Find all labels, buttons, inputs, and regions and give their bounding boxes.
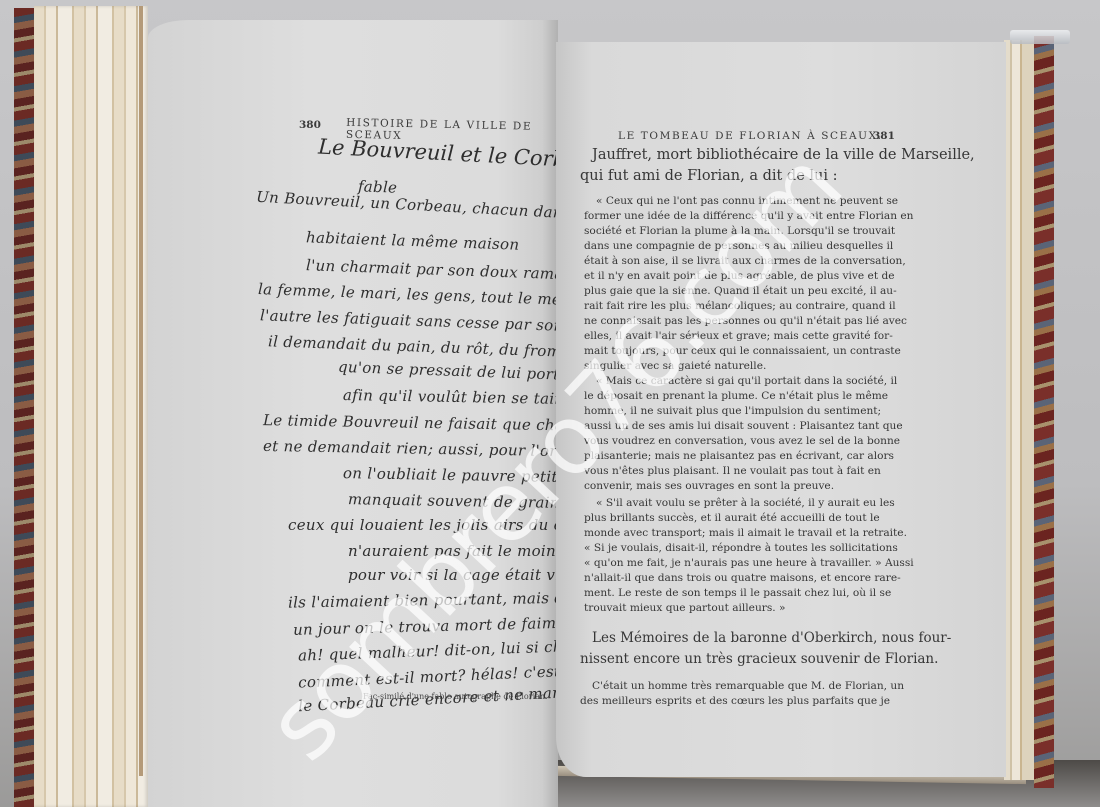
marbled-cover-left bbox=[14, 8, 34, 807]
quote-line: homme, il ne suivait plus que l'impulsio… bbox=[584, 405, 881, 417]
memoires-line: Les Mémoires de la baronne d'Oberkirch, … bbox=[592, 630, 951, 646]
facsimile-line: afin qu'il voulût bien se taire bbox=[343, 386, 571, 408]
quote-line: le déposait en prenant la plume. Ce n'ét… bbox=[584, 390, 888, 402]
quote-line: « Mais ce caractère si gai qu'il portait… bbox=[596, 375, 897, 387]
facsimile-line: l'autre les fatiguait sans cesse par son… bbox=[260, 306, 590, 336]
quote-line: rait fait rire les plus mélancoliques; a… bbox=[584, 300, 896, 312]
quote-line: plus brillants succès, et il aurait été … bbox=[584, 512, 880, 524]
page-edge-line bbox=[139, 6, 143, 776]
page-edges-left bbox=[34, 6, 148, 807]
facsimile-line: la femme, le mari, les gens, tout le mén… bbox=[258, 280, 600, 310]
quote-line: n'allait-il que dans trois ou quatre mai… bbox=[584, 572, 901, 584]
page-edges-right bbox=[1004, 40, 1034, 780]
right-page: LE TOMBEAU DE FLORIAN À SCEAUX. 381 Jauf… bbox=[556, 42, 1006, 777]
marbled-cover-right bbox=[1034, 36, 1054, 788]
quote-line: « Si je voulais, disait-il, répondre à t… bbox=[584, 542, 898, 554]
facsimile-line: il demandait du pain, du rôt, du fromage… bbox=[268, 332, 595, 361]
quote-line: mait toujours, pour ceux qui le connaiss… bbox=[584, 345, 901, 357]
intro-line: Jauffret, mort bibliothécaire de la vill… bbox=[592, 147, 975, 163]
running-head: LE TOMBEAU DE FLORIAN À SCEAUX. bbox=[618, 130, 883, 142]
quote-line: et il n'y en avait point de plus agréabl… bbox=[584, 270, 895, 282]
page-number: 380 bbox=[299, 119, 321, 131]
quote-line: vous n'êtes plus plaisant. Il ne voulait… bbox=[584, 465, 881, 477]
quote-line: former une idée de la différence qu'il y… bbox=[584, 210, 914, 222]
quote-line: ne connaissait pas les personnes ou qu'i… bbox=[584, 315, 907, 327]
facsimile-line: pour voir si la cage était vide bbox=[348, 566, 579, 584]
quote-line: monde avec transport; mais il aimait le … bbox=[584, 527, 907, 539]
closing-line: C'était un homme très remarquable que M.… bbox=[592, 680, 904, 692]
quote-line: convenir, mais ses ouvrages en sont la p… bbox=[584, 480, 834, 492]
quote-line: « qu'on me fait, je n'aurais pas une heu… bbox=[584, 557, 914, 569]
quote-line: singulier avec sa gaieté naturelle. bbox=[584, 360, 766, 372]
quote-line: plaisanterie; mais ne plaisantez pas en … bbox=[584, 450, 894, 462]
memoires-line: nissent encore un très gracieux souvenir… bbox=[580, 651, 938, 667]
facsimile-line: on l'oubliait le pauvre petit bbox=[343, 464, 558, 486]
facsimile-line: qu'on se pressait de lui porter, bbox=[338, 358, 580, 384]
quote-line: « S'il avait voulu se prêter à la sociét… bbox=[596, 497, 895, 509]
left-page: 380 HISTOIRE DE LA VILLE DE SCEAUX Le Bo… bbox=[148, 20, 558, 807]
quote-line: vous voudrez en conversation, vous avez … bbox=[584, 435, 900, 447]
facsimile-line: l'un charmait par son doux ramage bbox=[306, 256, 583, 284]
facsimile-caption: Fac-similé d'une fable autographe de Flo… bbox=[363, 692, 548, 701]
quote-line: elles, il avait l'air sérieux et grave; … bbox=[584, 330, 893, 342]
quote-line: « Ceux qui ne l'ont pas connu intimement… bbox=[596, 195, 898, 207]
closing-line: des meilleurs esprits et des cœurs les p… bbox=[580, 695, 890, 707]
quote-line: était à son aise, il se livrait aux char… bbox=[584, 255, 906, 267]
quote-line: aussi un de ses amis lui disait souvent … bbox=[584, 420, 903, 432]
quote-line: société et Florian la plume à la main. L… bbox=[584, 225, 895, 237]
facsimile-line: manquait souvent de grain bbox=[348, 490, 560, 512]
facsimile-line: Le timide Bouvreuil ne faisait que chant… bbox=[263, 411, 597, 435]
intro-line: qui fut ami de Florian, a dit de lui : bbox=[580, 168, 838, 184]
quote-line: ment. Le reste de son temps il le passai… bbox=[584, 587, 891, 599]
page-number: 381 bbox=[873, 130, 895, 142]
quote-line: trouvait mieux que partout ailleurs. » bbox=[584, 602, 785, 614]
plastic-cover-shine bbox=[1010, 30, 1070, 44]
facsimile-line: habitaient la même maison bbox=[306, 228, 520, 253]
quote-line: plus gaie que la sienne. Quand il était … bbox=[584, 285, 897, 297]
quote-line: dans une compagnie de personnes au milie… bbox=[584, 240, 893, 252]
